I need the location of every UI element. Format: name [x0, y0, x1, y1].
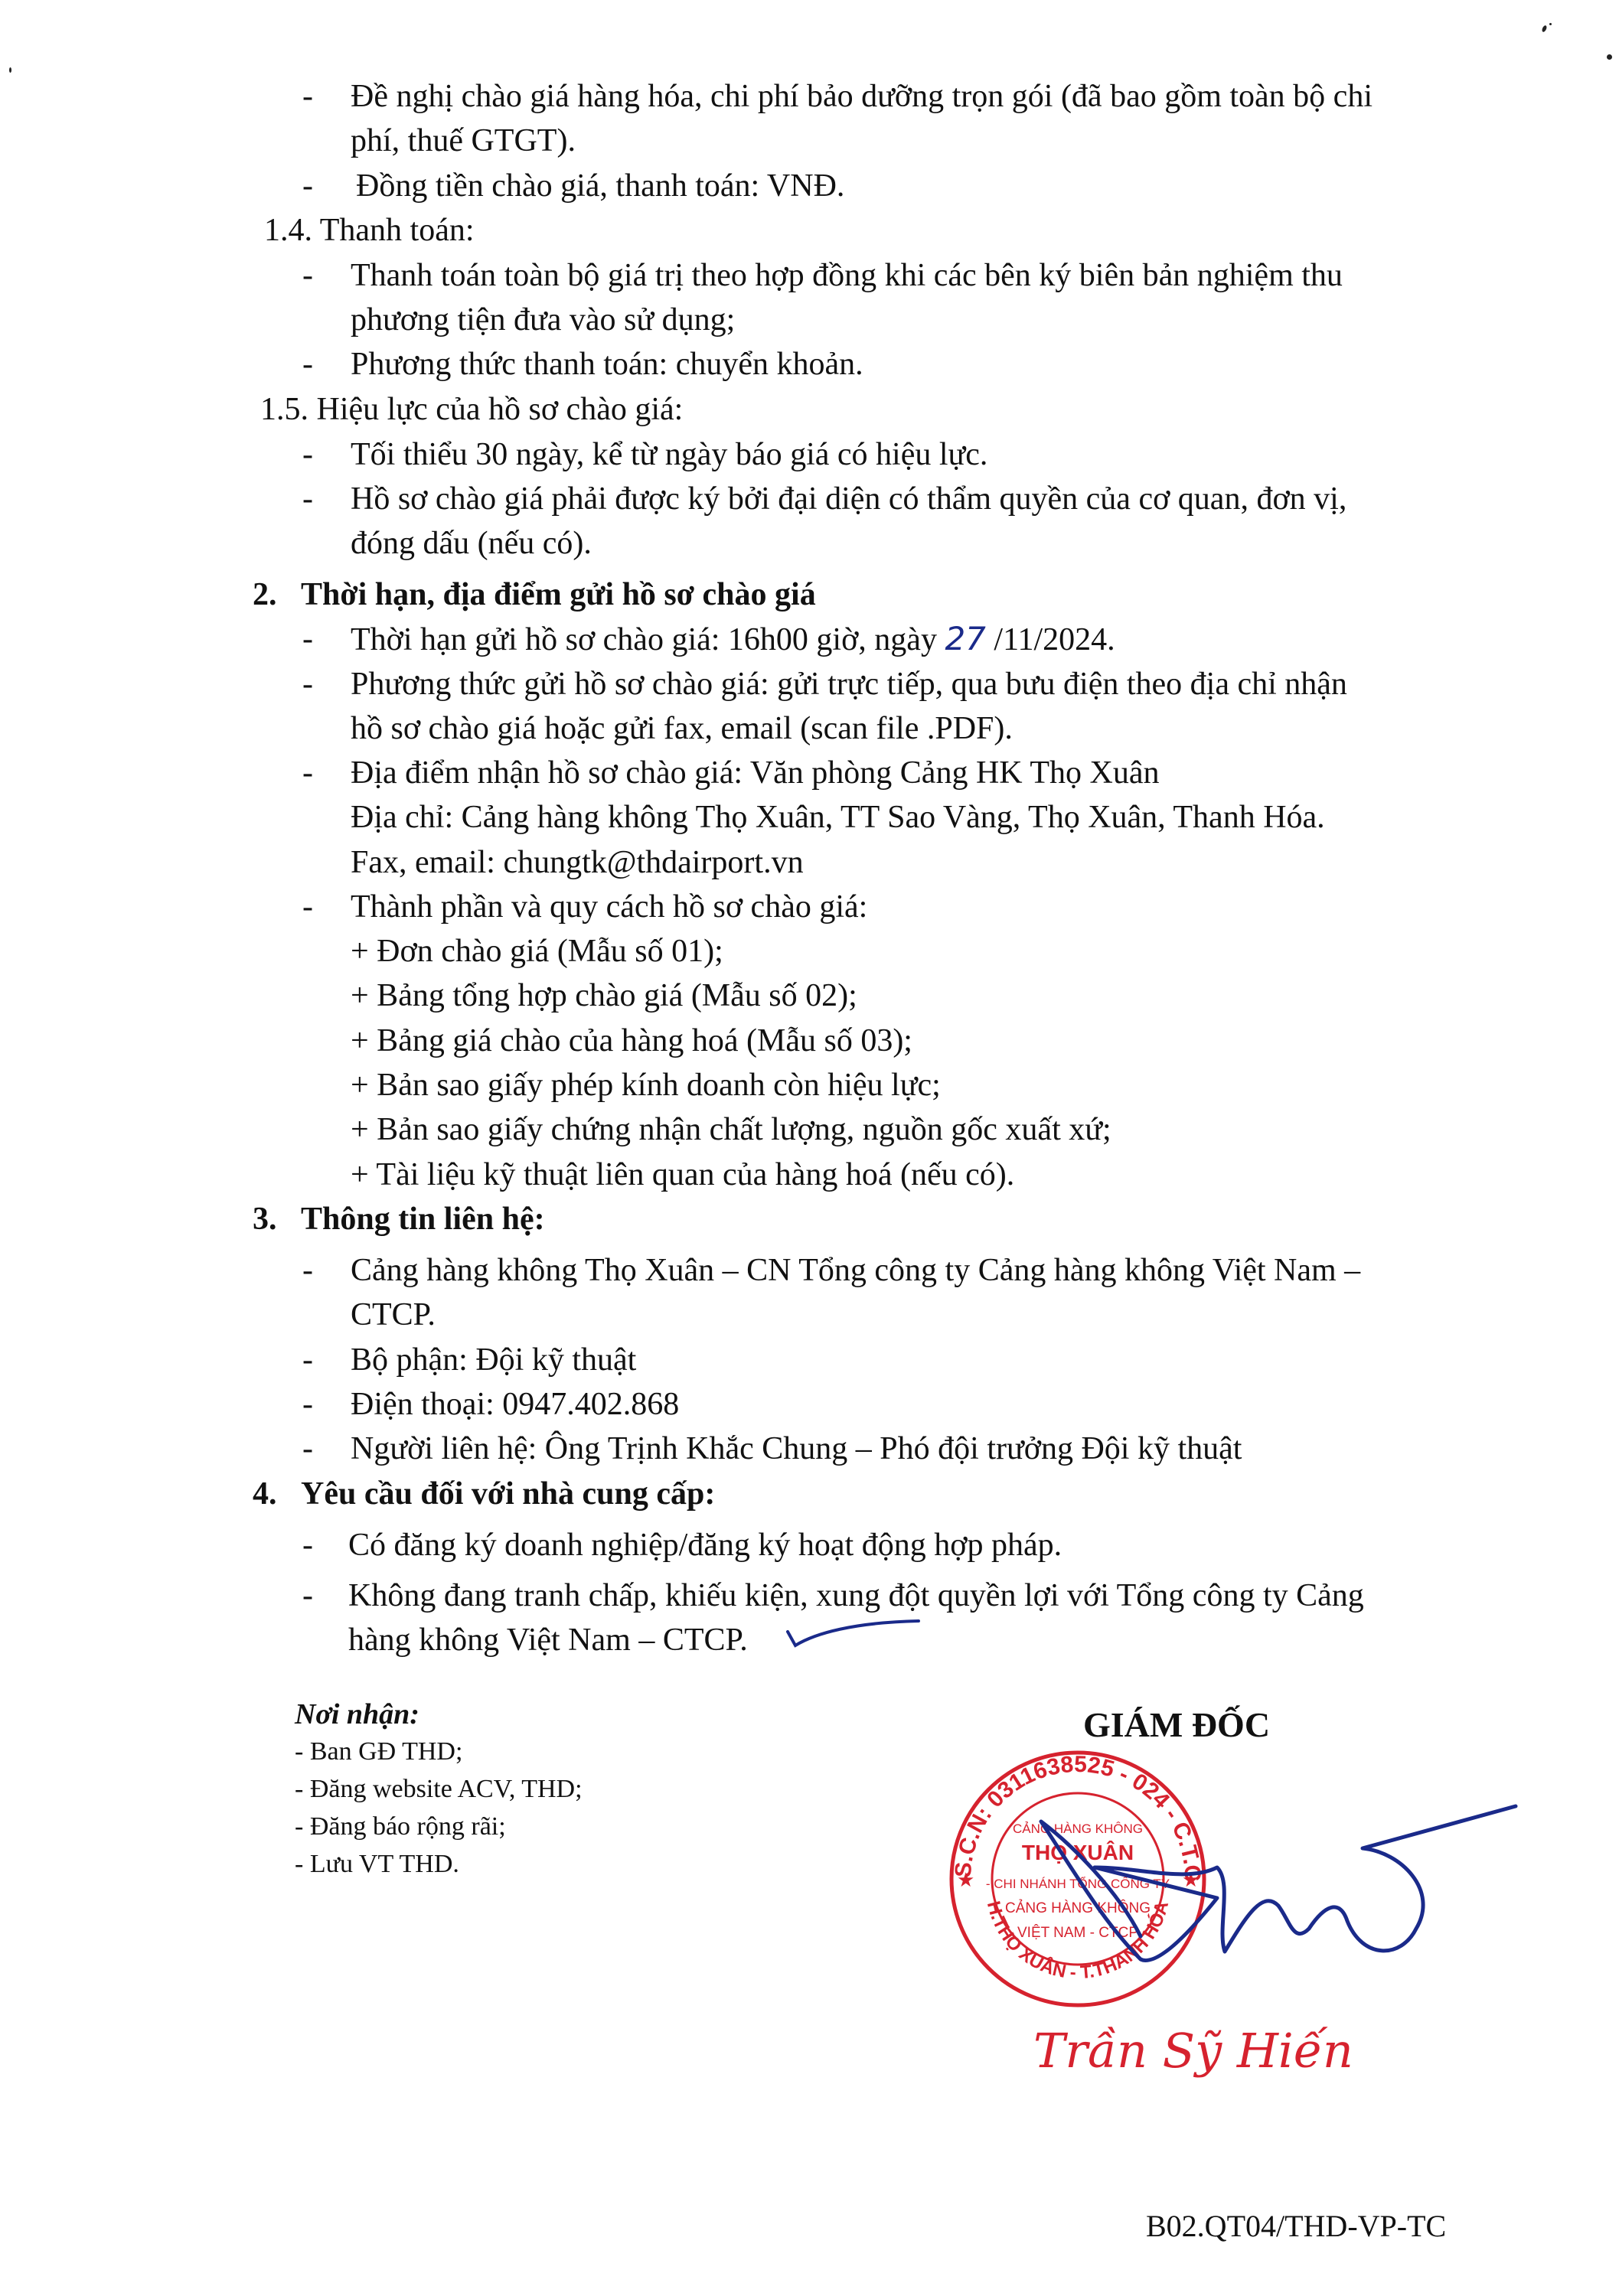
components-heading: Thành phần và quy cách hồ sơ chào giá: — [351, 885, 867, 929]
section-3-heading: Thông tin liên hệ: — [301, 1197, 545, 1241]
department-text: Bộ phận: Đội kỹ thuật — [351, 1338, 636, 1382]
requirement-text-cont: hàng không Việt Nam – CTCP. — [348, 1618, 748, 1662]
section-2-number: 2. — [253, 572, 277, 617]
payment-item-text: Thanh toán toàn bộ giá trị theo hợp đồng… — [351, 253, 1343, 298]
deadline-prefix: Thời hạn gửi hồ sơ chào giá: 16h00 giờ, … — [351, 622, 945, 657]
offer-item-text: Đề nghị chào giá hàng hóa, chi phí bảo d… — [351, 74, 1373, 119]
signer-name: Trần Sỹ Hiến — [1033, 2020, 1353, 2082]
bullet-dash: - — [302, 617, 313, 661]
contact-person-text: Người liên hệ: Ông Trịnh Khắc Chung – Ph… — [351, 1427, 1242, 1471]
fax-email-text: Fax, email: chungtk@thdairport.vn — [351, 840, 804, 885]
section-2-heading: Thời hạn, địa điểm gửi hồ sơ chào giá — [301, 572, 816, 617]
component-item: + Đơn chào giá (Mẫu số 01); — [351, 929, 723, 974]
bullet-dash: - — [302, 1338, 313, 1382]
bullet-dash: - — [302, 477, 313, 521]
bullet-dash: - — [302, 1248, 313, 1293]
organization-text: Cảng hàng không Thọ Xuân – CN Tổng công … — [351, 1248, 1360, 1293]
address-text: Địa chỉ: Cảng hàng không Thọ Xuân, TT Sa… — [351, 795, 1325, 840]
bullet-dash: - — [302, 164, 313, 208]
signature-requirement-text: Hồ sơ chào giá phải được ký bởi đại diện… — [351, 477, 1346, 521]
component-item: + Bảng tổng hợp chào giá (Mẫu số 02); — [351, 974, 857, 1018]
section-1-5-heading: 1.5. Hiệu lực của hồ sơ chào giá: — [260, 387, 683, 432]
form-code: B02.QT04/THD-VP-TC — [1146, 2204, 1446, 2249]
scan-speck — [1541, 24, 1547, 32]
bullet-dash: - — [302, 751, 313, 795]
section-1-4-heading: 1.4. Thanh toán: — [264, 208, 475, 253]
scan-speck — [1549, 23, 1552, 25]
bullet-dash: - — [302, 253, 313, 298]
bullet-dash: - — [302, 885, 313, 929]
signature-requirement-text-cont: đóng dấu (nếu có). — [351, 521, 592, 566]
recipient-item: - Ban GĐ THD; — [295, 1733, 462, 1771]
bullet-dash: - — [302, 1574, 313, 1618]
component-item: + Bản sao giấy chứng nhận chất lượng, ng… — [351, 1107, 1111, 1152]
component-item: + Bản sao giấy phép kính doanh còn hiệu … — [351, 1063, 941, 1107]
recipient-item: - Lưu VT THD. — [295, 1845, 459, 1883]
section-4-number: 4. — [253, 1472, 277, 1516]
bullet-dash: - — [302, 1382, 313, 1427]
document-page: - Đề nghị chào giá hàng hóa, chi phí bảo… — [0, 0, 1619, 2296]
requirement-text: Có đăng ký doanh nghiệp/đăng ký hoạt độn… — [348, 1523, 1062, 1567]
bullet-dash: - — [302, 432, 313, 477]
submission-method-text: Phương thức gửi hồ sơ chào giá: gửi trực… — [351, 662, 1347, 706]
organization-text-cont: CTCP. — [351, 1293, 436, 1337]
svg-text:★: ★ — [957, 1869, 974, 1891]
bullet-dash: - — [302, 74, 313, 119]
recipient-item: - Đăng website ACV, THD; — [295, 1770, 583, 1808]
payment-item-text-cont: phương tiện đưa vào sử dụng; — [351, 298, 735, 342]
section-3-number: 3. — [253, 1197, 277, 1241]
bullet-dash: - — [302, 1523, 313, 1567]
checkmark-handwritten-icon — [785, 1613, 922, 1652]
submission-method-text-cont: hồ sơ chào giá hoặc gửi fax, email (scan… — [351, 706, 1013, 751]
recipients-heading: Nơi nhận: — [295, 1695, 419, 1733]
bullet-dash: - — [302, 662, 313, 706]
component-item: + Bảng giá chào của hàng hoá (Mẫu số 03)… — [351, 1019, 912, 1063]
phone-text: Điện thoại: 0947.402.868 — [351, 1382, 679, 1427]
receiving-location-text: Địa điểm nhận hồ sơ chào giá: Văn phòng … — [351, 751, 1159, 795]
deadline-text: Thời hạn gửi hồ sơ chào giá: 16h00 giờ, … — [351, 617, 1115, 662]
requirement-text: Không đang tranh chấp, khiếu kiện, xung … — [348, 1574, 1364, 1618]
section-4-heading: Yêu cầu đối với nhà cung cấp: — [301, 1472, 715, 1516]
deadline-day-handwritten: 27 — [945, 620, 985, 657]
offer-item-text-cont: phí, thuế GTGT). — [351, 119, 576, 163]
component-item: + Tài liệu kỹ thuật liên quan của hàng h… — [351, 1153, 1014, 1197]
bullet-dash: - — [302, 1427, 313, 1471]
payment-method-text: Phương thức thanh toán: chuyển khoản. — [351, 342, 863, 386]
bullet-dash: - — [302, 342, 313, 386]
deadline-suffix: /11/2024. — [986, 622, 1115, 657]
scan-speck — [1607, 54, 1612, 60]
signature-scribble-icon — [987, 1776, 1539, 2005]
validity-item-text: Tối thiểu 30 ngày, kể từ ngày báo giá có… — [351, 432, 987, 477]
scan-speck — [9, 67, 11, 73]
currency-item-text: Đồng tiền chào giá, thanh toán: VNĐ. — [356, 164, 844, 208]
recipient-item: - Đăng báo rộng rãi; — [295, 1808, 506, 1846]
